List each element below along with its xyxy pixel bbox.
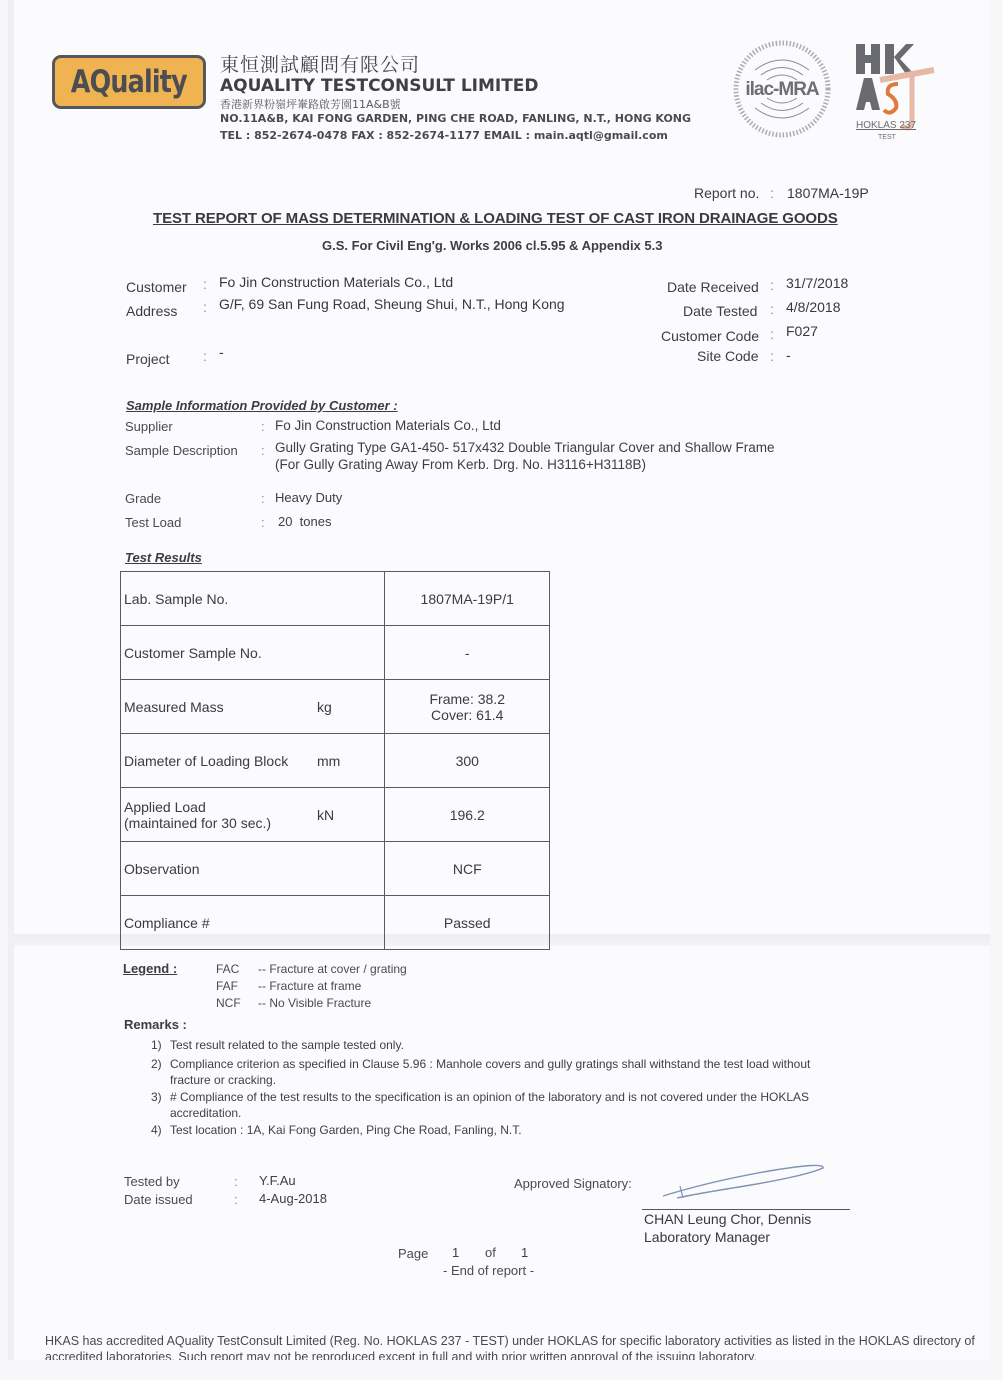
remark-item: 4)Test location : 1A, Kai Fong Garden, P… [151,1122,851,1138]
colon: : [234,1174,238,1189]
signatory-name: CHAN Leung Chor, Dennis [644,1211,811,1227]
end-of-report: - End of report - [443,1263,534,1278]
date-received-label: Date Received [667,279,759,295]
remarks-title: Remarks : [124,1017,187,1032]
aquality-logo: AQuality [52,55,206,109]
date-tested-value: 4/8/2018 [786,299,841,315]
tested-by-value: Y.F.Au [259,1173,296,1188]
colon: : [261,419,265,434]
company-name-zh: 東恒測試顧問有限公司 [220,50,420,77]
report-title: TEST REPORT OF MASS DETERMINATION & LOAD… [153,210,838,227]
sample-description-line2: (For Gully Grating Away From Kerb. Drg. … [275,457,646,472]
address-label: Address [126,303,177,319]
report-no-label: Report no. [694,185,759,201]
table-row: Lab. Sample No. 1807MA-19P/1 [121,572,550,626]
table-row: Measured Mass kg Frame: 38.2 Cover: 61.4 [121,680,550,734]
svg-text:ilac-MRA: ilac-MRA [745,79,820,100]
signatory-title: Laboratory Manager [644,1229,770,1245]
colon: : [770,301,774,317]
customer-code-value: F027 [786,323,818,339]
row-label-cell: Diameter of Loading Block mm [121,734,385,788]
site-code-value: - [786,347,791,363]
row-value: 300 [385,734,550,788]
signature-line [642,1209,850,1210]
company-contact: TEL : 852-2674-0478 FAX : 852-2674-1177 … [220,129,668,142]
date-tested-label: Date Tested [683,303,757,319]
colon: : [770,326,774,342]
date-received-value: 31/7/2018 [786,275,848,291]
row-label-line1: Applied Load [124,799,381,815]
row-label: Diameter of Loading Block [124,753,288,769]
company-address-en: NO.11A&B, KAI FONG GARDEN, PING CHE ROAD… [220,112,691,125]
colon: : [261,491,265,506]
row-label-cell: Measured Mass kg [121,680,385,734]
date-issued-value: 4-Aug-2018 [259,1191,327,1206]
address-value: G/F, 69 San Fung Road, Sheung Shui, N.T.… [219,296,565,312]
row-unit: kN [317,807,334,823]
sample-description-label: Sample Description [125,443,238,458]
hkas-hoklas-logo-icon: HOKLAS 237 TEST [850,40,940,145]
row-unit: kg [317,699,332,715]
svg-text:HOKLAS 237: HOKLAS 237 [856,120,916,131]
svg-text:TEST: TEST [878,134,897,141]
signature-icon [655,1160,830,1205]
table-row: Observation NCF [121,842,550,896]
sample-description-line1: Gully Grating Type GA1-450- 517x432 Doub… [275,440,775,455]
page-total: 1 [521,1245,528,1260]
table-row: Compliance # Passed [121,896,550,950]
row-label: Measured Mass [124,699,224,715]
colon: : [261,515,265,530]
test-load-value: 20 tones [278,514,332,529]
page-edge [8,0,14,1360]
colon: : [203,299,207,315]
row-label: Compliance # [121,896,385,950]
colon: : [770,185,774,201]
sample-info-heading: Sample Information Provided by Customer … [126,398,398,413]
row-value: 1807MA-19P/1 [385,572,550,626]
row-label: Observation [121,842,385,896]
row-label: Lab. Sample No. [121,572,385,626]
row-label-cell: Applied Load (maintained for 30 sec.) kN [121,788,385,842]
legend-code: NCF [216,996,241,1010]
row-label: Customer Sample No. [121,626,385,680]
supplier-label: Supplier [125,419,173,434]
legend-title: Legend : [123,961,177,976]
colon: : [770,277,774,293]
report-no: 1807MA-19P [787,185,869,201]
row-value: - [385,626,550,680]
colon: : [770,348,774,364]
date-issued-label: Date issued [124,1192,193,1207]
test-load-label: Test Load [125,515,181,530]
legend-desc: -- Fracture at frame [258,979,361,993]
legend-desc: -- Fracture at cover / grating [258,962,407,976]
logo-text: AQuality [71,64,187,100]
customer-code-label: Customer Code [661,328,759,344]
grade-label: Grade [125,491,161,506]
table-row: Diameter of Loading Block mm 300 [121,734,550,788]
row-unit: mm [317,753,340,769]
company-name-en: AQUALITY TESTCONSULT LIMITED [220,76,539,96]
test-results-heading: Test Results [125,550,202,565]
customer-label: Customer [126,279,187,295]
ilac-mra-logo-icon: ilac-MRA [733,40,831,138]
row-value-cell: Frame: 38.2 Cover: 61.4 [385,680,550,734]
row-value: 196.2 [385,788,550,842]
row-value: Passed [385,896,550,950]
colon: : [234,1192,238,1207]
customer-value: Fo Jin Construction Materials Co., Ltd [219,274,453,290]
test-results-table: Lab. Sample No. 1807MA-19P/1 Customer Sa… [120,571,550,950]
remark-item: 1)Test result related to the sample test… [151,1037,851,1053]
legend-desc: -- No Visible Fracture [258,996,371,1010]
remark-item: 2)Compliance criterion as specified in C… [151,1056,851,1088]
site-code-label: Site Code [697,348,758,364]
tested-by-label: Tested by [124,1174,180,1189]
legend-code: FAC [216,962,239,976]
row-value: NCF [385,842,550,896]
grade-value: Heavy Duty [275,490,342,505]
colon: : [203,276,207,292]
accreditation-footer: HKAS has accredited AQuality TestConsult… [45,1333,975,1360]
row-label-line2: (maintained for 30 sec.) [124,815,381,831]
project-label: Project [126,351,170,367]
supplier-value: Fo Jin Construction Materials Co., Ltd [275,418,501,433]
legend-code: FAF [216,979,238,993]
company-address-zh: 香港新界粉嶺坪輋路啟芳園11A&B號 [220,96,401,112]
row-value-line1: Frame: 38.2 [388,691,546,707]
table-row: Applied Load (maintained for 30 sec.) kN… [121,788,550,842]
colon: : [203,348,207,364]
page-label: Page [398,1246,428,1261]
page-of-label: of [485,1245,496,1260]
row-value-line2: Cover: 61.4 [388,707,546,723]
project-value: - [219,344,224,360]
page-number: 1 [452,1245,459,1260]
report-subtitle: G.S. For Civil Eng'g. Works 2006 cl.5.95… [322,238,662,253]
approved-signatory-label: Approved Signatory: [514,1176,632,1191]
table-row: Customer Sample No. - [121,626,550,680]
remark-item: 3)# Compliance of the test results to th… [151,1089,851,1121]
colon: : [261,443,265,458]
